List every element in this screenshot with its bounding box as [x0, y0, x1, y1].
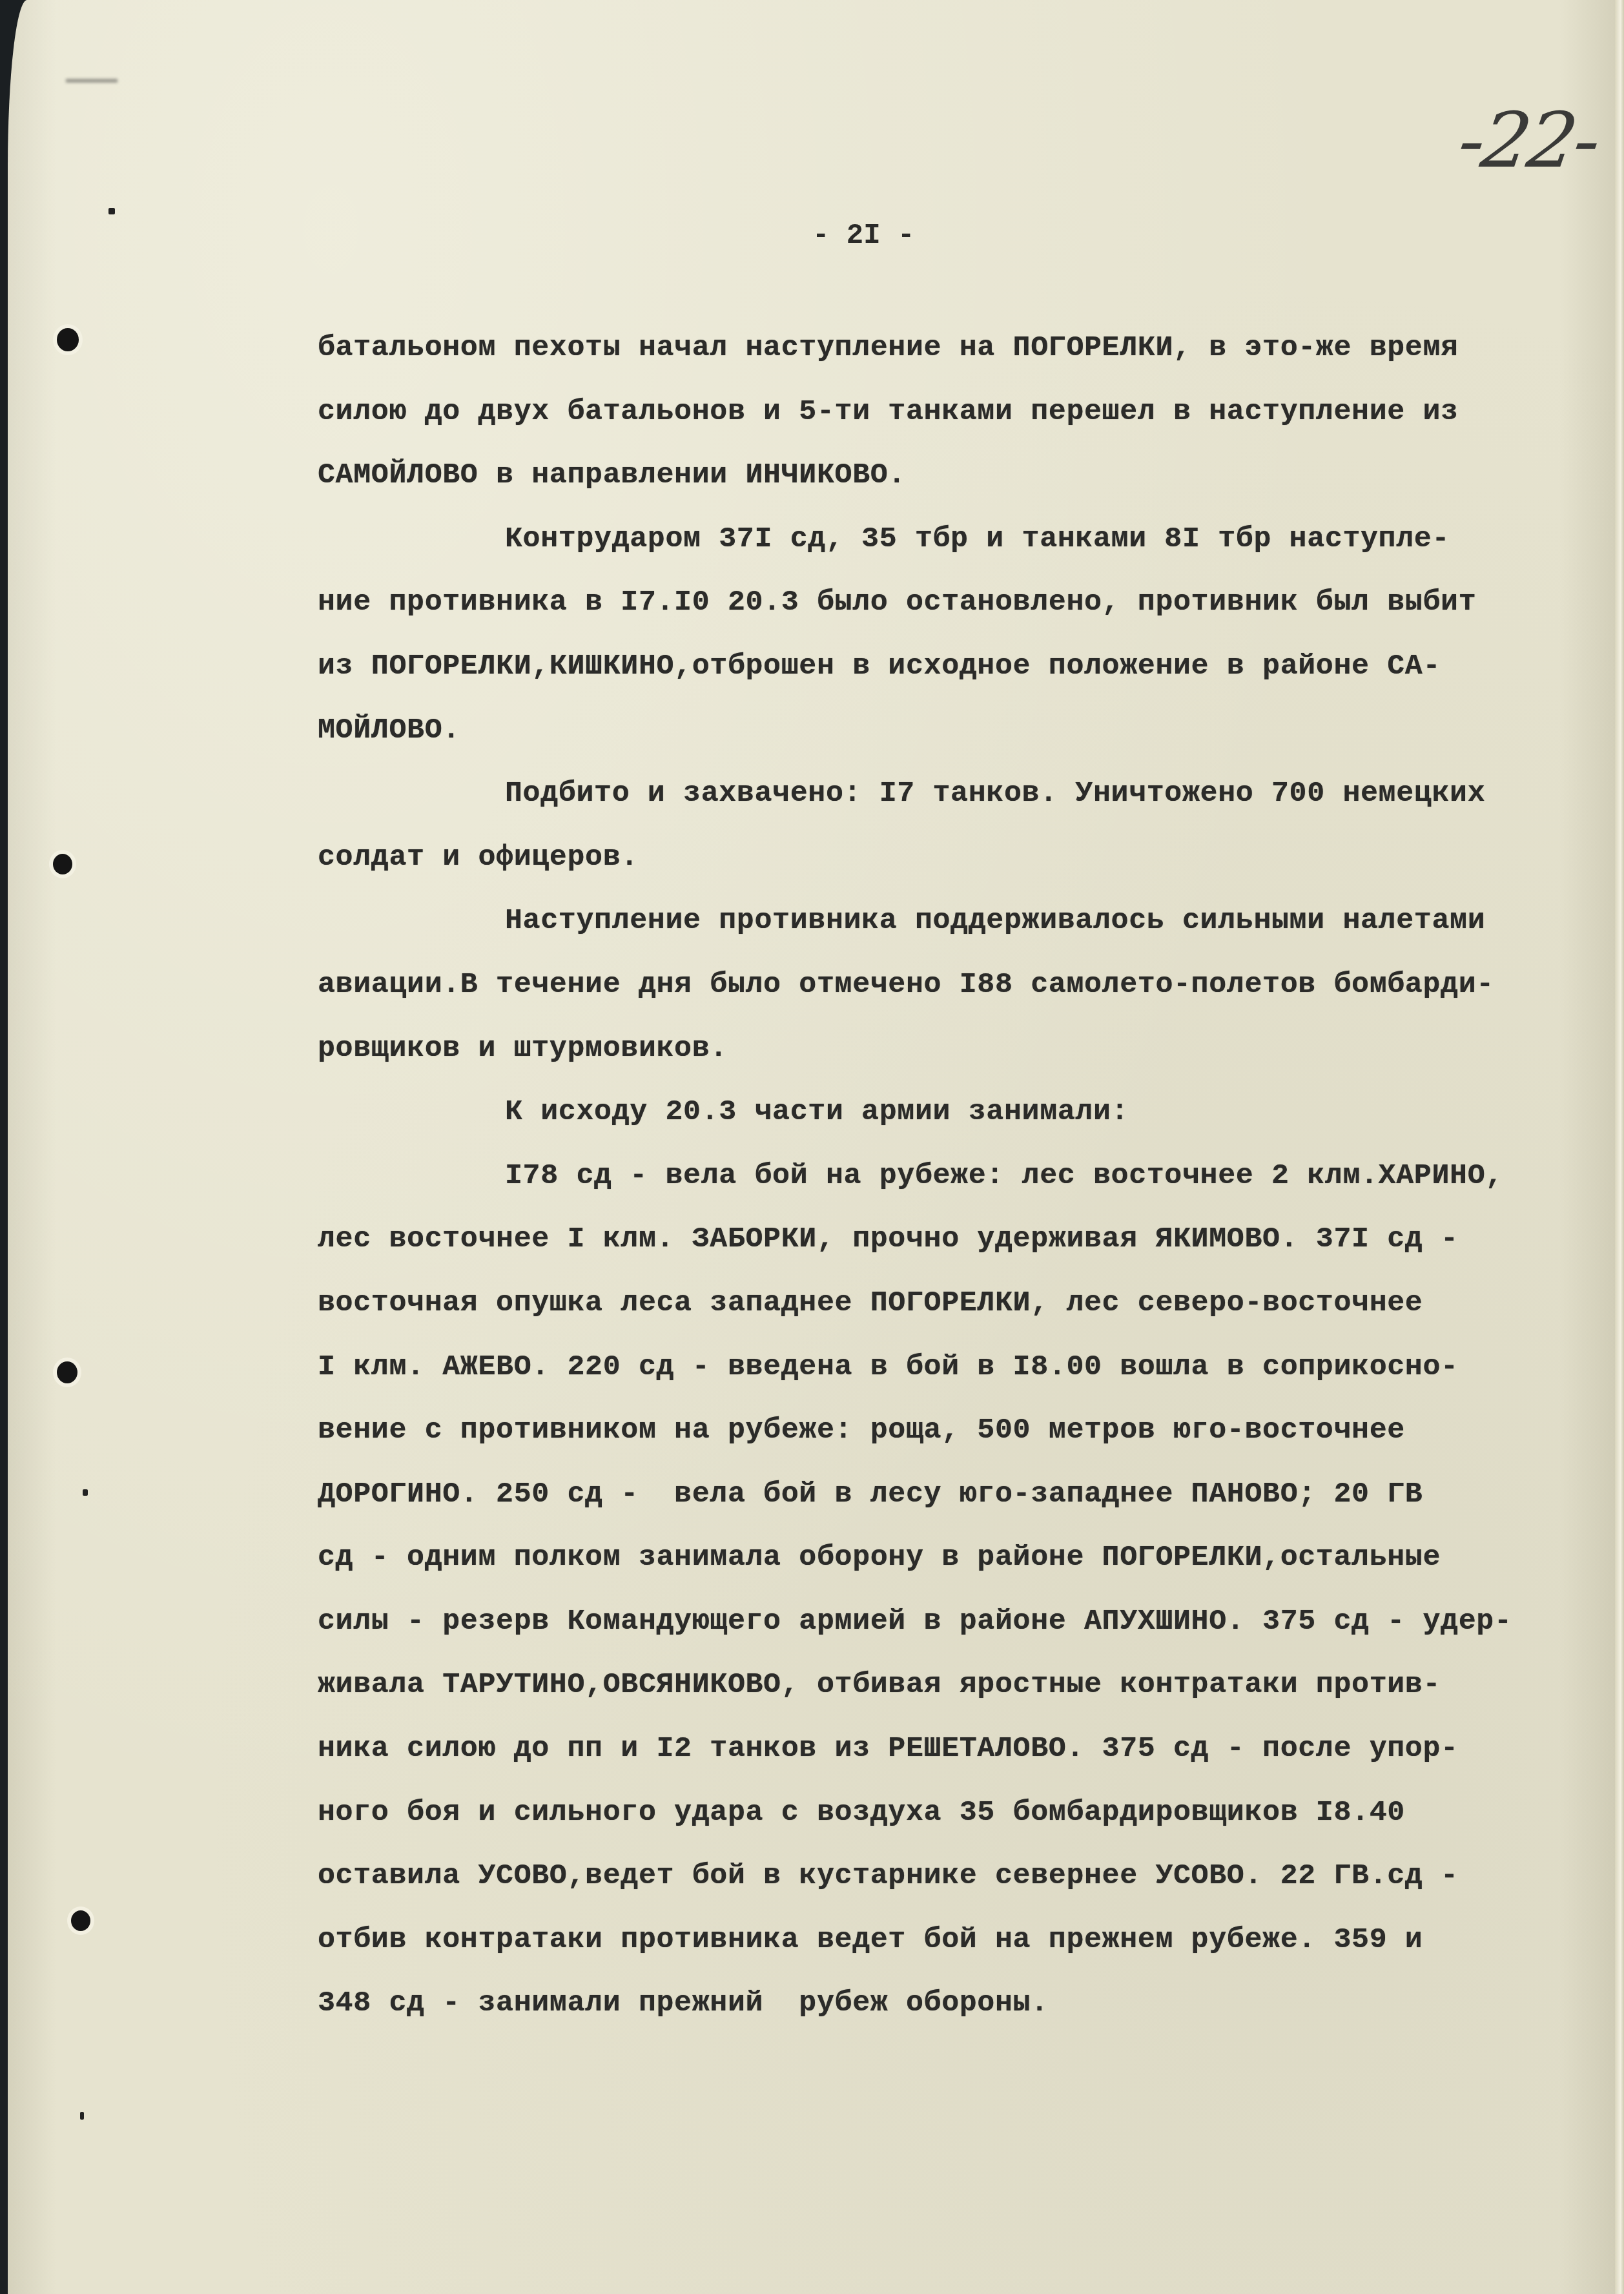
document-body: батальоном пехоты начал наступление на П…	[318, 316, 1596, 2036]
text-line: МОЙЛОВО.	[318, 699, 1596, 763]
text-line: живала ТАРУТИНО,ОВСЯНИКОВО, отбивая ярос…	[318, 1653, 1596, 1717]
paragraph-start-line: Наступление противника поддерживалось си…	[318, 889, 1596, 953]
document-page: -22- - 2I - батальоном пехоты начал наст…	[8, 0, 1624, 2294]
text-line: ДОРОГИНО. 250 сд - вела бой в лесу юго-з…	[318, 1463, 1596, 1527]
page-edge	[1615, 0, 1624, 2294]
text-line: восточная опушка леса западнее ПОГОРЕЛКИ…	[318, 1272, 1596, 1336]
text-line: отбив контратаки противника ведет бой на…	[318, 1908, 1596, 1972]
binding-hole	[57, 328, 79, 351]
text-line: САМОЙЛОВО в направлении ИНЧИКОВО.	[318, 444, 1596, 508]
text-line: ровщиков и штурмовиков.	[318, 1017, 1596, 1081]
pin-mark	[108, 208, 115, 214]
text-line: ние противника в I7.I0 20.3 было останов…	[318, 571, 1596, 635]
paragraph-start-line: Подбито и захвачено: I7 танков. Уничтоже…	[318, 762, 1596, 826]
pin-mark	[83, 1489, 88, 1496]
text-line: ника силою до пп и I2 танков из РЕШЕТАЛО…	[318, 1717, 1596, 1781]
text-line: оставила УСОВО,ведет бой в кустарнике се…	[318, 1844, 1596, 1908]
paragraph-start-line: Контрударом 37I сд, 35 тбр и танками 8I …	[318, 508, 1596, 572]
text-line: сд - одним полком занимала оборону в рай…	[318, 1526, 1596, 1590]
archive-sheet-number: -22-	[1453, 96, 1603, 185]
page-number: - 2I -	[812, 220, 914, 252]
text-line: из ПОГОРЕЛКИ,КИШКИНО,отброшен в исходное…	[318, 635, 1596, 699]
text-line: силою до двух батальонов и 5-ти танками …	[318, 380, 1596, 444]
text-line: авиации.В течение дня было отмечено I88 …	[318, 953, 1596, 1017]
text-line: силы - резерв Командующего армией в райо…	[318, 1590, 1596, 1654]
text-line: солдат и офицеров.	[318, 826, 1596, 890]
text-line: вение с противником на рубеже: роща, 500…	[318, 1399, 1596, 1463]
text-line: батальоном пехоты начал наступление на П…	[318, 316, 1596, 380]
pin-mark	[80, 2112, 84, 2120]
binding-hole	[53, 854, 72, 874]
text-line: лес восточнее I клм. ЗАБОРКИ, прочно уде…	[318, 1208, 1596, 1272]
paragraph-start-line: К исходу 20.3 части армии занимали:	[318, 1080, 1596, 1144]
text-line: 348 сд - занимали прежний рубеж обороны.	[318, 1972, 1596, 2036]
paragraph-start-line: I78 сд - вела бой на рубеже: лес восточн…	[318, 1144, 1596, 1208]
binding-hole	[71, 1910, 90, 1931]
text-line: I клм. АЖЕВО. 220 сд - введена в бой в I…	[318, 1336, 1596, 1400]
text-line: ного боя и сильного удара с воздуха 35 б…	[318, 1781, 1596, 1845]
binding-hole	[57, 1361, 77, 1383]
ink-smudge	[66, 79, 118, 83]
